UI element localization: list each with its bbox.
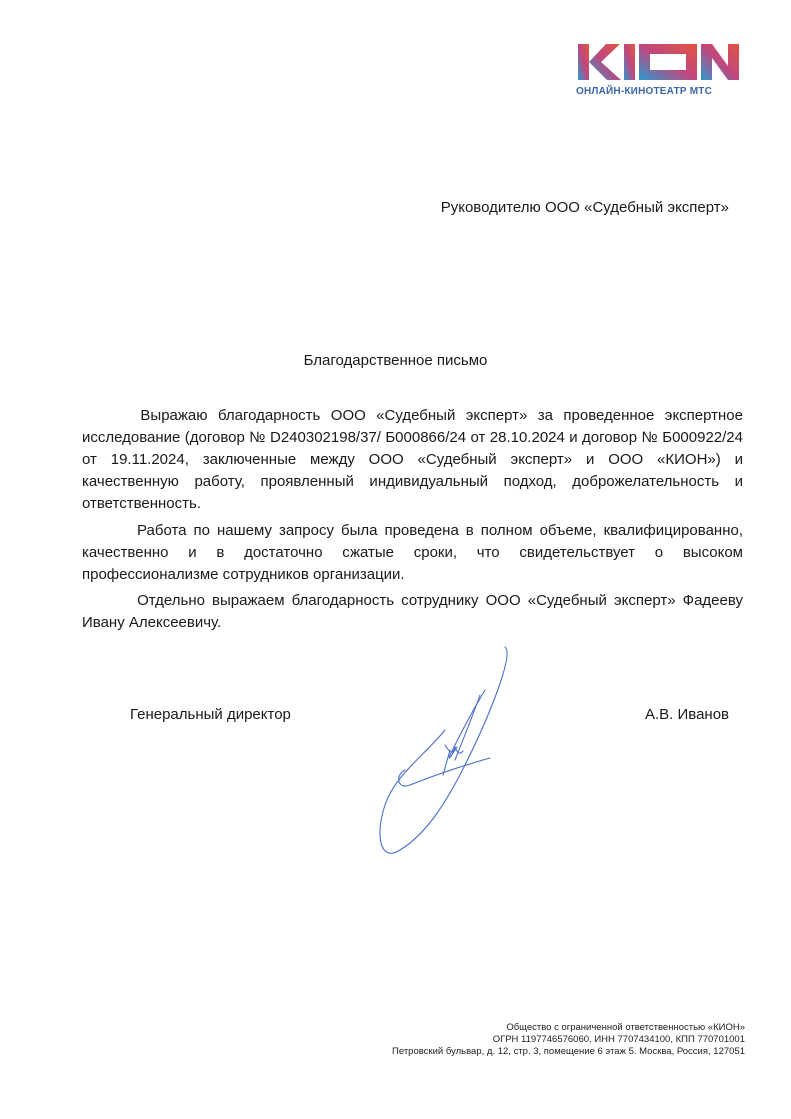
kion-wordmark-icon: [576, 42, 741, 82]
footer-registration: ОГРН 1197746576060, ИНН 7707434100, КПП …: [392, 1034, 745, 1046]
paragraph-1-text: Выражаю благодарность ООО «Судебный эксп…: [82, 407, 743, 512]
paragraph-3-text: Отдельно выражаем благодарность сотрудни…: [82, 592, 743, 631]
paragraph-3: Отдельно выражаем благодарность сотрудни…: [82, 590, 743, 634]
paragraph-1: Выражаю благодарность ООО «Судебный эксп…: [82, 405, 743, 515]
kion-logo: ОНЛАЙН-КИНОТЕАТР МТС: [576, 42, 741, 97]
logo-subtitle: ОНЛАЙН-КИНОТЕАТР МТС: [576, 86, 741, 97]
letter-title: Благодарственное письмо: [0, 352, 791, 369]
company-footer: Общество с ограниченной ответственностью…: [392, 1022, 745, 1058]
signatory-role: Генеральный директор: [130, 706, 291, 723]
handwritten-signature-icon: [365, 635, 525, 875]
footer-company-name: Общество с ограниченной ответственностью…: [392, 1022, 745, 1034]
footer-address: Петровский бульвар, д. 12, стр. 3, помещ…: [392, 1046, 745, 1058]
addressee: Руководителю ООО «Судебный эксперт»: [441, 199, 729, 216]
paragraph-2: Работа по нашему запросу была проведена …: [82, 520, 743, 586]
paragraph-2-text: Работа по нашему запросу была проведена …: [82, 522, 743, 583]
signatory-name: А.В. Иванов: [645, 706, 729, 723]
